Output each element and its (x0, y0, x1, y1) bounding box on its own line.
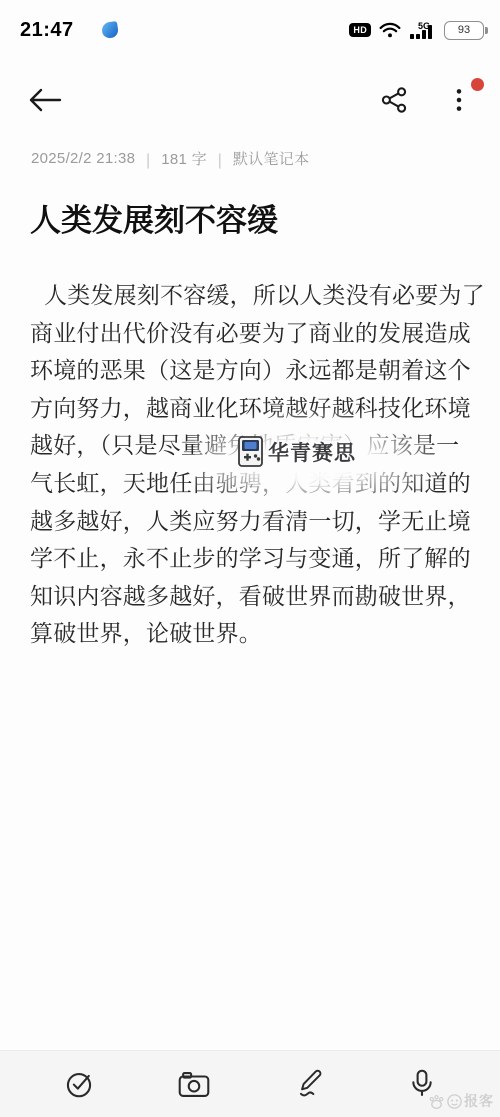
nav-bar (0, 70, 500, 130)
status-bar: 21:47 HD 5G 93 (0, 0, 500, 54)
notes-app-screen: 21:47 HD 5G 93 (0, 0, 500, 1117)
note-body-line: 商业付出代价没有必要为了商业的发展造成 (30, 315, 472, 353)
note-body-line: 算破世界，论破世界。 (30, 615, 472, 653)
kebab-menu-icon (446, 86, 472, 114)
note-title[interactable]: 人类发展刻不容缓 (30, 198, 470, 244)
note-meta: 2025/2/2 21:38 | 181 字 | 默认笔记本 (31, 148, 470, 169)
notification-app-icon (101, 21, 119, 39)
note-notebook-name: 默认笔记本 (233, 148, 310, 169)
check-circle-icon (64, 1069, 94, 1099)
note-body-line: 方向努力，越商业化环境越好越科技化环境 (30, 390, 472, 428)
microphone-icon (408, 1069, 436, 1099)
note-body-line: 学不止，永不止步的学习与变通，所了解的 (30, 540, 472, 578)
signal-5g-icon: 5G (409, 21, 436, 40)
note-body-line: 越多越好，人类应努力看清一切，学无止境 (30, 503, 472, 541)
camera-icon (178, 1071, 210, 1098)
note-word-count: 181 字 (161, 148, 207, 169)
battery-indicator: 93 (444, 21, 484, 40)
voice-record-button[interactable] (402, 1063, 442, 1105)
center-watermark: 华青赛思 (238, 436, 356, 467)
meta-divider: | (146, 149, 150, 167)
share-icon (380, 86, 408, 114)
back-button[interactable] (28, 87, 62, 113)
share-button[interactable] (380, 86, 408, 114)
wifi-icon (379, 22, 401, 39)
note-body-line: 气长虹，天地任由驰骋，人类看到的知道的 (30, 465, 472, 503)
clock: 21:47 (20, 19, 74, 42)
center-watermark-text: 华青赛思 (268, 437, 356, 467)
note-body-line: 环境的恶果（这是方向）永远都是朝着这个 (30, 352, 472, 390)
notification-red-dot (471, 78, 484, 91)
note-body-line: 知识内容越多越好，看破世界而勘破世界， (30, 578, 472, 616)
todo-checklist-button[interactable] (58, 1063, 100, 1105)
meta-divider: | (218, 149, 222, 167)
handheld-console-icon (238, 436, 263, 467)
back-arrow-icon (28, 87, 62, 113)
pen-icon (294, 1069, 324, 1099)
note-timestamp: 2025/2/2 21:38 (31, 150, 135, 167)
camera-button[interactable] (172, 1065, 216, 1104)
volte-hd-icon: HD (349, 23, 371, 37)
note-body-line: 人类发展刻不容缓，所以人类没有必要为了 (30, 277, 472, 315)
handwriting-button[interactable] (288, 1063, 330, 1105)
more-menu-button[interactable] (446, 86, 472, 114)
bottom-toolbar (0, 1050, 500, 1117)
